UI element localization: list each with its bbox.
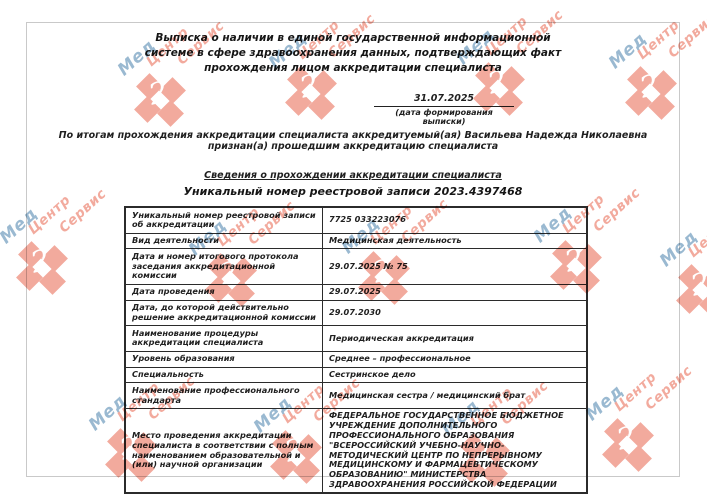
table-row: Уровень образованияСреднее – профессиона… — [125, 351, 587, 367]
field-label: Вид деятельности — [125, 233, 323, 249]
swan-glyph-icon: 2 — [687, 265, 707, 302]
field-value: 29.07.2025 — [323, 284, 588, 300]
logo-diamond — [676, 287, 703, 314]
field-label: Уровень образования — [125, 351, 323, 367]
field-label: Специальность — [125, 367, 323, 383]
field-label: Дата проведения — [125, 284, 323, 300]
field-value: 7725 033223076 — [323, 207, 588, 233]
field-label: Дата и номер итогового протокола заседан… — [125, 249, 323, 284]
logo-diamond — [699, 291, 707, 318]
issue-date-caption: (дата формирования выписки) — [374, 107, 514, 126]
table-row: Дата и номер итогового протокола заседан… — [125, 249, 587, 284]
section-heading: Сведения о прохождении аккредитации спец… — [27, 170, 679, 181]
logo-diamond — [701, 268, 707, 295]
document-page: Выписка о наличии в единой государственн… — [26, 22, 680, 477]
issue-date-block: 31.07.2025 (дата формирования выписки) — [374, 93, 514, 126]
table-row: Наименование процедуры аккредитации спец… — [125, 326, 587, 352]
table-row: Дата проведения29.07.2025 — [125, 284, 587, 300]
field-label: Наименование процедуры аккредитации спец… — [125, 326, 323, 352]
table-row: Место проведения аккредитации специалист… — [125, 408, 587, 493]
field-value: Медицинская сестра / медицинский брат — [323, 383, 588, 409]
field-value: 29.07.2025 № 75 — [323, 249, 588, 284]
document-title: Выписка о наличии в единой государственн… — [128, 31, 578, 76]
field-value: Среднее – профессиональное — [323, 351, 588, 367]
registry-number-heading: Уникальный номер реестровой записи 2023.… — [27, 185, 679, 198]
accreditation-table: Уникальный номер реестровой записи об ак… — [124, 206, 588, 494]
field-value: Периодическая аккредитация — [323, 326, 588, 352]
document-viewer: Выписка о наличии в единой государственн… — [0, 0, 707, 500]
table-row: Вид деятельностиМедицинская деятельность — [125, 233, 587, 249]
table-row: Уникальный номер реестровой записи об ак… — [125, 207, 587, 233]
table-row: Наименование профессионального стандарта… — [125, 383, 587, 409]
table-row: СпециальностьСестринское дело — [125, 367, 587, 383]
logo-diamond — [678, 264, 705, 291]
medcross-logo-icon: 2 — [679, 265, 707, 315]
field-label: Дата, до которой действительно решение а… — [125, 300, 323, 326]
field-value: Сестринское дело — [323, 367, 588, 383]
accreditation-result-paragraph: По итогам прохождения аккредитации специ… — [38, 130, 668, 152]
issue-date: 31.07.2025 — [374, 93, 514, 107]
field-label: Наименование профессионального стандарта — [125, 383, 323, 409]
field-label: Место проведения аккредитации специалист… — [125, 408, 323, 493]
watermark-word: Центр — [685, 215, 707, 261]
field-value: Медицинская деятельность — [323, 233, 588, 249]
field-value: ФЕДЕРАЛЬНОЕ ГОСУДАРСТВЕННОЕ БЮДЖЕТНОЕ УЧ… — [323, 408, 588, 493]
field-value: 29.07.2030 — [323, 300, 588, 326]
table-row: Дата, до которой действительно решение а… — [125, 300, 587, 326]
field-label: Уникальный номер реестровой записи об ак… — [125, 207, 323, 233]
